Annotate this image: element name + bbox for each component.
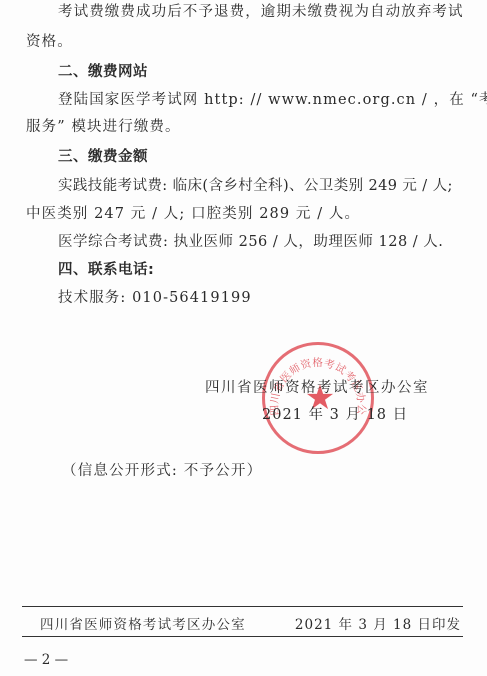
footer-issuer: 四川省医师资格考试考区办公室 <box>40 613 246 633</box>
paragraph-comprehensive-fee: 医学综合考试费: 执业医师 256 / 人，助理医师 128 / 人. <box>58 232 443 252</box>
paragraph-refund-line-2: 资格。 <box>26 32 73 52</box>
heading-payment-amount: 三、缴费金额 <box>58 147 148 167</box>
paragraph-practical-fee-line-2: 中医类别 247 元 / 人; 口腔类别 289 元 / 人。 <box>26 204 360 224</box>
footer-bottom-rule <box>22 636 463 637</box>
page-number: — 2 — <box>24 652 68 668</box>
signature-org: 四川省医师资格考试考区办公室 <box>205 378 429 398</box>
official-seal: 四川省医师资格考试考区办公室 ★ <box>262 342 374 454</box>
heading-payment-website: 二、缴费网站 <box>58 62 148 82</box>
footer-top-rule <box>22 606 463 607</box>
footer-issued-date: 2021 年 3 月 18 日印发 <box>295 613 461 633</box>
paragraph-website-line-2: 服务” 模块进行缴费。 <box>26 117 181 137</box>
disclosure-note: （信息公开形式: 不予公开） <box>62 461 262 481</box>
paragraph-refund-line-1: 考试费缴费成功后不予退费，逾期未缴费视为自动放弃考试 <box>58 2 464 22</box>
paragraph-website-line-1: 登陆国家医学考试网 http: // www.nmec.org.cn / ，在 … <box>58 90 487 110</box>
paragraph-practical-fee-line-1: 实践技能考试费: 临床(含乡村全科)、公卫类别 249 元 / 人; <box>58 176 453 196</box>
heading-contact-phone: 四、联系电话: <box>58 260 154 280</box>
signature-date: 2021 年 3 月 18 日 <box>262 405 408 425</box>
contact-tech-service: 技术服务: 010-56419199 <box>58 288 252 308</box>
